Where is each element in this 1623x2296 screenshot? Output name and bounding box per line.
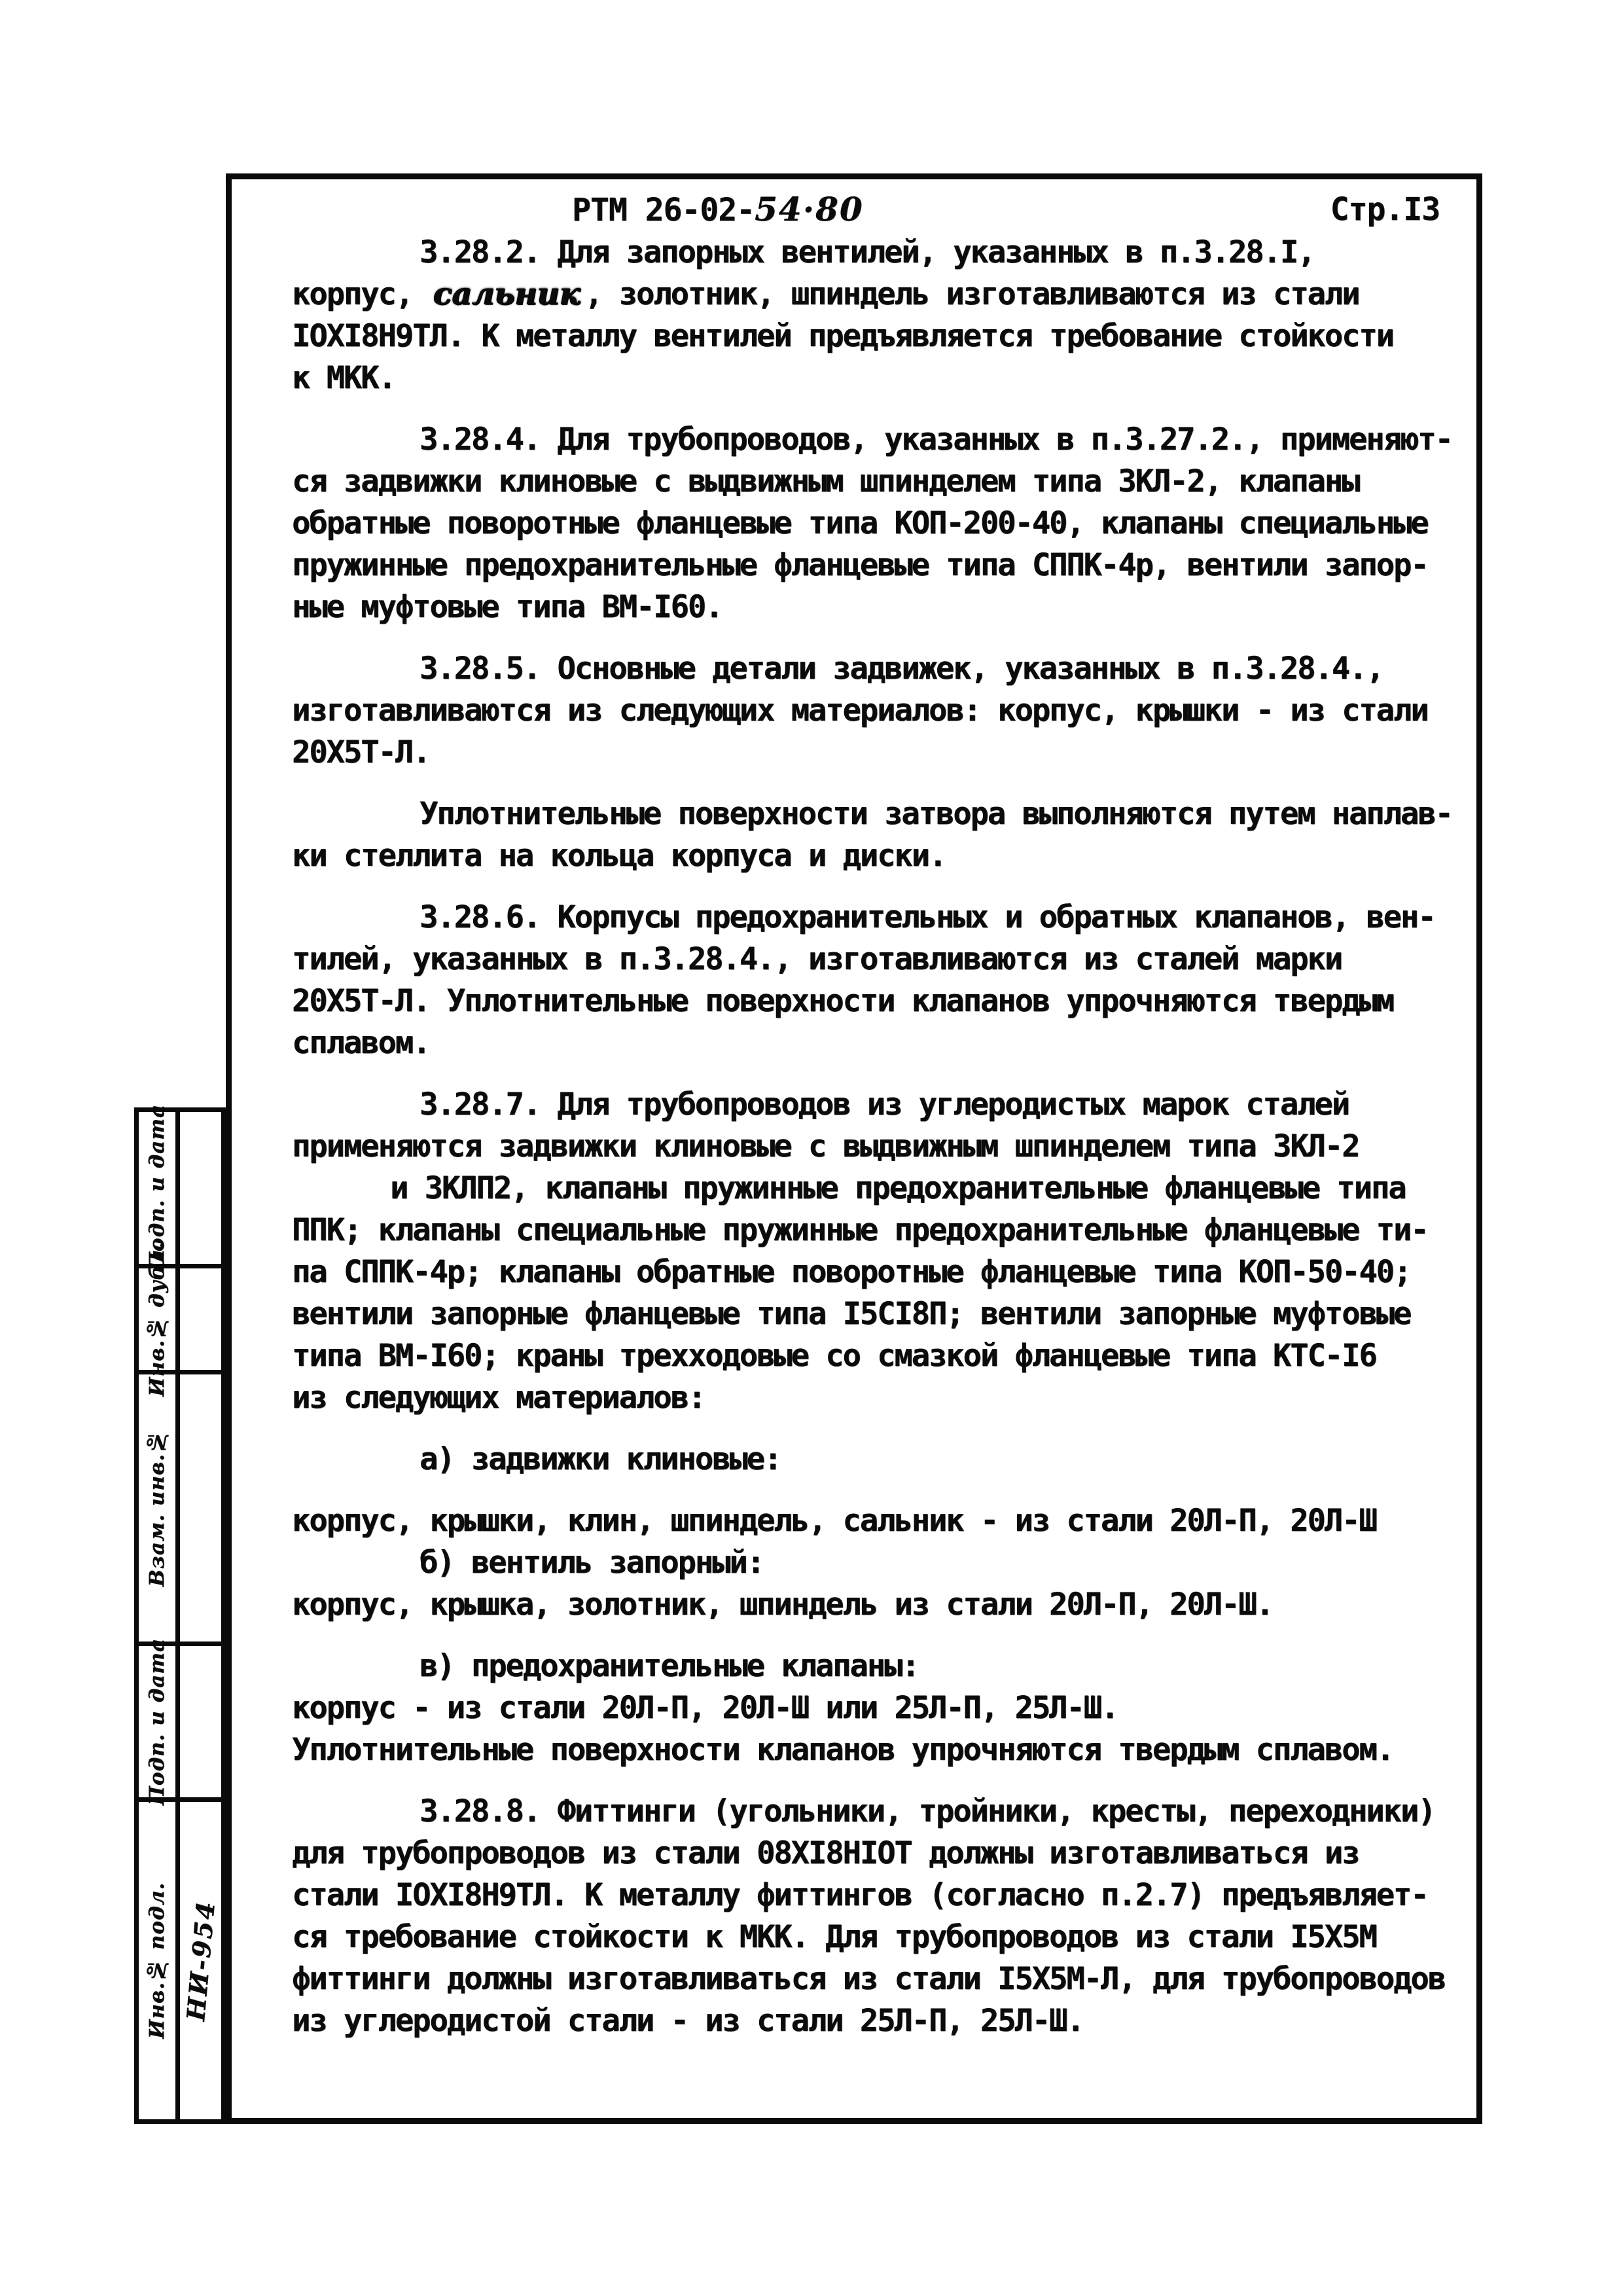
text-line: 3.28.6. Корпусы предохранительных и обра…: [292, 897, 1459, 939]
text-line: корпус, крышка, золотник, шпиндель из ст…: [292, 1584, 1459, 1626]
sidebar-label-text: Инв.№ дубл.: [145, 1242, 169, 1397]
sidebar-cell-value: [180, 1112, 221, 1264]
text-line: сплавом.: [292, 1022, 1459, 1064]
paragraph: 3.28.5. Основные детали задвижек, указан…: [292, 648, 1459, 774]
text-line: Уплотнительные поверхности затвора выпол…: [292, 793, 1459, 835]
text-line: ки стеллита на кольца корпуса и диски.: [292, 835, 1459, 877]
sidebar-label-text: Взам. инв.№: [145, 1429, 169, 1587]
paragraph: 3.28.4. Для трубопроводов, указанных в п…: [292, 419, 1459, 628]
scanned-document-page: { "header": { "doc_prefix": "РТМ 26-02-"…: [0, 0, 1623, 2296]
text-line: па СППК-4р; клапаны обратные поворотные …: [292, 1251, 1459, 1293]
text-line: из углеродистой стали - из стали 25Л-П, …: [292, 2000, 1459, 2042]
text-line: а) задвижки клиновые:: [292, 1439, 1459, 1480]
text-line: 3.28.7. Для трубопроводов из углеродисты…: [292, 1084, 1459, 1126]
text-line: 20Х5Т-Л.: [292, 732, 1459, 774]
paragraph: 3.28.8. Фиттинги (угольники, тройники, к…: [292, 1791, 1459, 2042]
text-line: для трубопроводов из стали 08ХI8НIОТ дол…: [292, 1833, 1459, 1874]
sidebar-cell-label: Инв.№ подл.: [139, 1802, 180, 2119]
text-line: фиттинги должны изготавливаться из стали…: [292, 1958, 1459, 2000]
text-line: корпус - из стали 20Л-П, 20Л-Ш или 25Л-П…: [292, 1687, 1459, 1729]
text-line: Уплотнительные поверхности клапанов упро…: [292, 1729, 1459, 1771]
text-line: 3.28.2. Для запорных вентилей, указанных…: [292, 232, 1459, 274]
paragraph: 3.28.7. Для трубопроводов из углеродисты…: [292, 1084, 1459, 1419]
text-line: и ЗКЛП2, клапаны пружинные предохранител…: [292, 1168, 1459, 1210]
text-line: ся задвижки клиновые с выдвижным шпиндел…: [292, 461, 1459, 503]
doc-number-typed: РТМ 26-02-: [572, 192, 755, 228]
page-header: РТМ 26-02-54·80 Стр.I3: [232, 188, 1476, 230]
document-body: 3.28.2. Для запорных вентилей, указанных…: [292, 232, 1459, 2062]
sidebar-row: Взам. инв.№: [139, 1374, 221, 1646]
sidebar-cell-label: Подп. и дата: [139, 1646, 180, 1797]
text-line: применяются задвижки клиновые с выдвижны…: [292, 1126, 1459, 1168]
handwritten-correction: сальник: [429, 276, 584, 312]
sidebar-cell-label: Инв.№ дубл.: [139, 1268, 180, 1370]
sidebar-cell-value: [180, 1374, 221, 1641]
text-line: корпус, крышки, клин, шпиндель, сальник …: [292, 1500, 1459, 1542]
doc-number-handwritten: 54·80: [755, 190, 864, 228]
text-line: ся требование стойкости к МКК. Для трубо…: [292, 1916, 1459, 1958]
sidebar-cell-label: Взам. инв.№: [139, 1374, 180, 1641]
paragraph: корпус, крышки, клин, шпиндель, сальник …: [292, 1500, 1459, 1626]
text-line: изготавливаются из следующих материалов:…: [292, 690, 1459, 732]
sidebar-cell-value: [180, 1268, 221, 1370]
paragraph: 3.28.2. Для запорных вентилей, указанных…: [292, 232, 1459, 399]
paragraph: 3.28.6. Корпусы предохранительных и обра…: [292, 897, 1459, 1064]
sidebar: Подп. и датаИнв.№ дубл.Взам. инв.№Подп. …: [134, 1107, 226, 2124]
text-line: IОХI8Н9ТЛ. К металлу вентилей предъявляе…: [292, 315, 1459, 357]
sidebar-cell-value: [180, 1646, 221, 1797]
paragraph: в) предохранительные клапаны:корпус - из…: [292, 1645, 1459, 1771]
sidebar-row: Подп. и дата: [139, 1646, 221, 1802]
text-line: 3.28.4. Для трубопроводов, указанных в п…: [292, 419, 1459, 461]
sidebar-row: Инв.№ дубл.: [139, 1268, 221, 1374]
text-line: типа ВМ-I60; краны трехходовые со смазко…: [292, 1335, 1459, 1377]
paragraph: а) задвижки клиновые:: [292, 1439, 1459, 1480]
text-line: 20Х5Т-Л. Уплотнительные поверхности клап…: [292, 980, 1459, 1022]
text-line: в) предохранительные клапаны:: [292, 1645, 1459, 1687]
sidebar-label-text: Подп. и дата: [145, 1638, 169, 1806]
text-line: тилей, указанных в п.3.28.4., изготавлив…: [292, 939, 1459, 980]
text-line: стали IОХI8Н9ТЛ. К металлу фиттингов (со…: [292, 1874, 1459, 1916]
text-line: 3.28.8. Фиттинги (угольники, тройники, к…: [292, 1791, 1459, 1833]
text-line: ные муфтовые типа ВМ-I60.: [292, 586, 1459, 628]
text-line: пружинные предохранительные фланцевые ти…: [292, 545, 1459, 586]
sidebar-label-text: Инв.№ подл.: [145, 1882, 169, 2039]
page-number: Стр.I3: [1330, 188, 1440, 230]
text-line: вентили запорные фланцевые типа I5СI8П; …: [292, 1293, 1459, 1335]
inventory-number: НИ-954: [181, 1899, 221, 2022]
sidebar-cell-value: НИ-954: [180, 1802, 221, 2119]
doc-number: РТМ 26-02-54·80: [572, 188, 864, 231]
sidebar-row: Инв.№ подл.НИ-954: [139, 1802, 221, 2119]
doc-frame: РТМ 26-02-54·80 Стр.I3 3.28.2. Для запор…: [226, 173, 1482, 2124]
paragraph: Уплотнительные поверхности затвора выпол…: [292, 793, 1459, 877]
text-line: обратные поворотные фланцевые типа КОП-2…: [292, 503, 1459, 545]
text-line: 3.28.5. Основные детали задвижек, указан…: [292, 648, 1459, 690]
text-line: б) вентиль запорный:: [292, 1542, 1459, 1584]
text-line: ППК; клапаны специальные пружинные предо…: [292, 1210, 1459, 1251]
text-line: из следующих материалов:: [292, 1377, 1459, 1419]
text-line: корпус, сальник, золотник, шпиндель изго…: [292, 274, 1459, 315]
text-line: к МКК.: [292, 357, 1459, 399]
